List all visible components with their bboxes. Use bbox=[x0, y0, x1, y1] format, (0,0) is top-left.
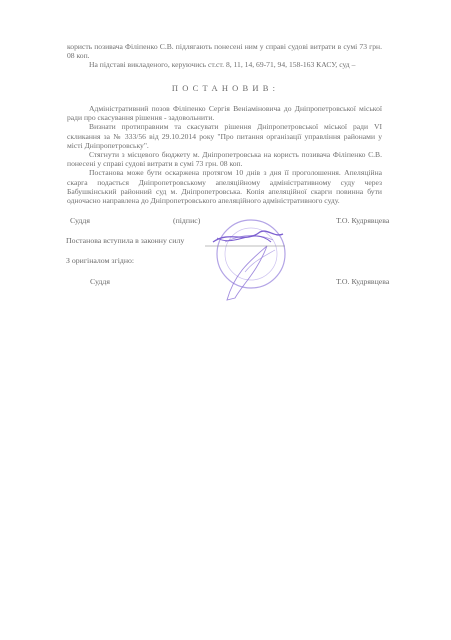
legal-basis: На підставі викладеного, керуючись ст.ст… bbox=[67, 60, 382, 69]
court-stamp-icon bbox=[205, 212, 291, 304]
copy-judge-name: Т.О. Кудрявцева bbox=[336, 277, 389, 286]
intro-block: користь позивача Філіпенко С.В. підлягаю… bbox=[67, 42, 382, 70]
entered-force-note: Постанова вступила в законну силу bbox=[66, 236, 184, 245]
paragraph-2: Визнати протиправним та скасувати рішенн… bbox=[67, 122, 382, 150]
paragraph-4: Постанова може бути оскаржена протягом 1… bbox=[67, 168, 382, 205]
signed-label: (підпис) bbox=[173, 216, 200, 225]
judge-label: Суддя bbox=[70, 216, 90, 225]
copy-note: З оригіналом згідно: bbox=[66, 256, 134, 265]
copy-judge-label: Суддя bbox=[90, 277, 110, 286]
paragraph-1: Адміністративний позов Філіпенко Сергія … bbox=[67, 104, 382, 122]
judge-name: Т.О. Кудрявцева bbox=[336, 216, 389, 225]
paragraph-3: Стягнути з місцевого бюджету м. Дніпропе… bbox=[67, 150, 382, 168]
intro-line: користь позивача Філіпенко С.В. підлягаю… bbox=[67, 42, 382, 60]
resolution-heading: ПОСТАНОВИВ: bbox=[0, 83, 451, 93]
document-page: користь позивача Філіпенко С.В. підлягаю… bbox=[0, 0, 451, 640]
resolution-body: Адміністративний позов Філіпенко Сергія … bbox=[67, 104, 382, 205]
